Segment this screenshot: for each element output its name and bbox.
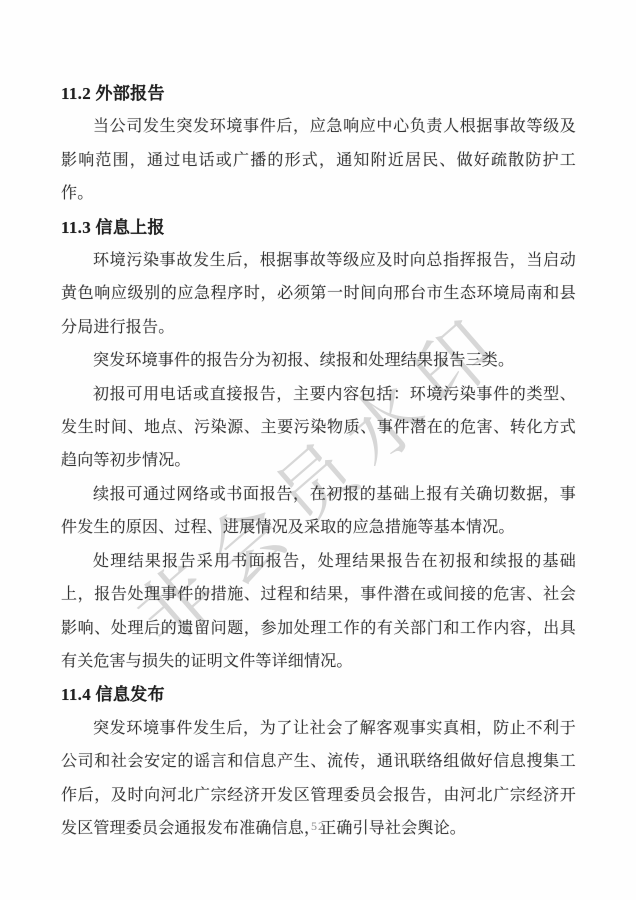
paragraph-initial-report: 初报可用电话或直接报告，主要内容包括：环境污染事件的类型、发生时间、地点、污染源… xyxy=(61,378,576,478)
section-heading-external-report: 11.2 外部报告 xyxy=(61,77,576,110)
paragraph-reporting-procedure: 环境污染事故发生后，根据事故等级应及时向总指挥报告，当启动黄色响应级别的应急程序… xyxy=(61,244,576,344)
paragraph-external-report: 当公司发生突发环境事件后，应急响应中心负责人根据事故等级及影响范围，通过电话或广… xyxy=(61,110,576,210)
page-number: 52 xyxy=(0,819,636,834)
document-page: 非会员水印 11.2 外部报告 当公司发生突发环境事件后，应急响应中心负责人根据… xyxy=(0,0,636,900)
section-heading-information-release: 11.4 信息发布 xyxy=(61,678,576,711)
section-heading-information-reporting: 11.3 信息上报 xyxy=(61,211,576,244)
paragraph-result-report: 处理结果报告采用书面报告，处理结果报告在初报和续报的基础上，报告处理事件的措施、… xyxy=(61,545,576,679)
paragraph-report-types: 突发环境事件的报告分为初报、续报和处理结果报告三类。 xyxy=(61,344,576,377)
paragraph-followup-report: 续报可通过网络或书面报告，在初报的基础上报有关确切数据，事件发生的原因、过程、进… xyxy=(61,478,576,545)
page-content: 11.2 外部报告 当公司发生突发环境事件后，应急响应中心负责人根据事故等级及影… xyxy=(61,0,576,845)
